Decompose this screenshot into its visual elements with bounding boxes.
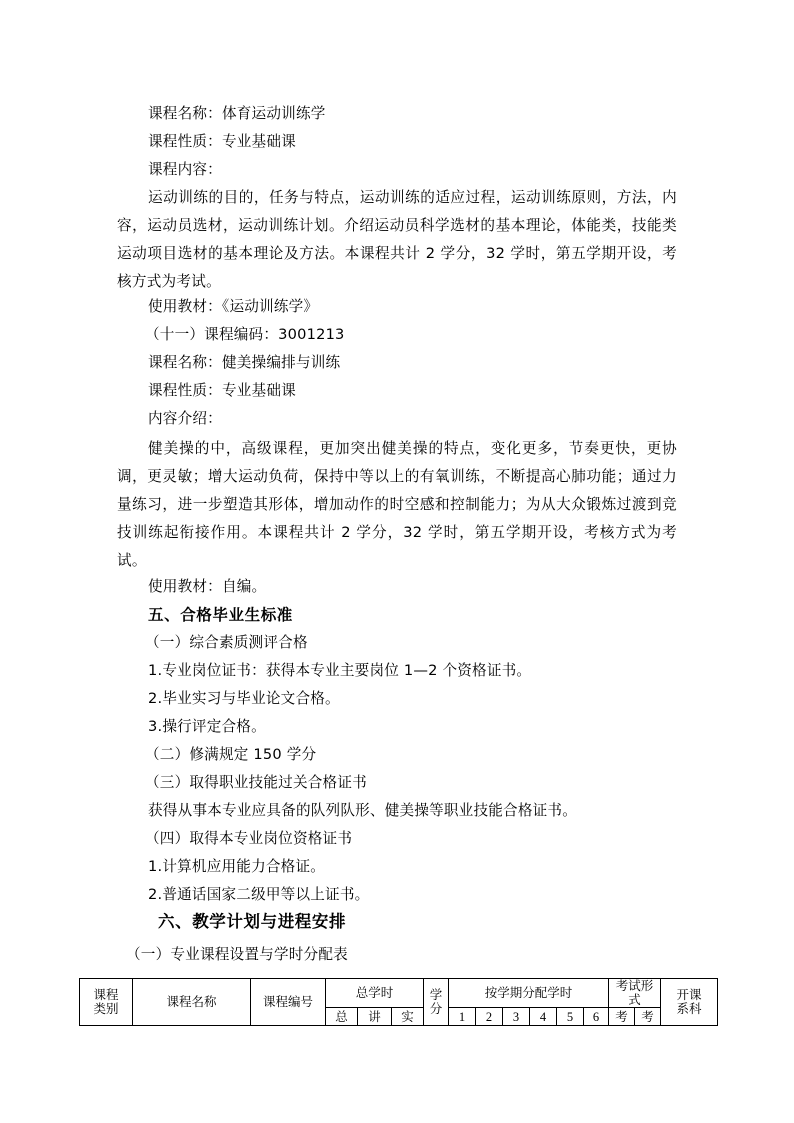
header-text: 类别 xyxy=(80,1002,132,1016)
course-content-label: 内容介绍： xyxy=(148,409,222,429)
header-department: 开课 系科 xyxy=(661,979,718,1026)
header-semester-5: 5 xyxy=(557,1008,584,1026)
course-content-paragraph: 运动训练的目的，任务与特点，运动训练的适应过程，运动训练原则，方法，内容，运动员… xyxy=(117,184,677,296)
table-header-row: 课程 类别 课程名称 课程编号 总学时 学 分 按学期分配学时 考试形 式 开课… xyxy=(80,979,718,1008)
header-total: 总 xyxy=(326,1008,358,1026)
header-total-hours: 总学时 xyxy=(326,979,424,1008)
list-item: 3.操行评定合格。 xyxy=(148,717,266,737)
header-exam: 考 xyxy=(609,1008,635,1026)
subsection-heading: （三）取得职业技能过关合格证书 xyxy=(145,773,367,793)
header-semester-4: 4 xyxy=(530,1008,557,1026)
header-practice: 实 xyxy=(392,1008,424,1026)
header-semester-6: 6 xyxy=(584,1008,609,1026)
course-plan-table: 课程 类别 课程名称 课程编号 总学时 学 分 按学期分配学时 考试形 式 开课… xyxy=(79,978,718,1026)
header-text: 式 xyxy=(609,993,660,1007)
list-item: 1.专业岗位证书：获得本专业主要岗位 1—2 个资格证书。 xyxy=(148,661,531,681)
list-item: 1.计算机应用能力合格证。 xyxy=(148,857,325,877)
header-text: 开课 xyxy=(661,988,717,1002)
header-semester-2: 2 xyxy=(476,1008,503,1026)
textbook-line: 使用教材：《运动训练学》 xyxy=(148,297,318,317)
subsection-heading: （二）修满规定 150 学分 xyxy=(145,745,316,765)
document-page: 课程名称：体育运动训练学 课程性质：专业基础课 课程内容： 运动训练的目的，任务… xyxy=(0,0,794,1123)
header-semester-1: 1 xyxy=(449,1008,476,1026)
subsection-heading: （四）取得本专业岗位资格证书 xyxy=(145,829,352,849)
header-exam-check: 考 xyxy=(635,1008,661,1026)
course-name-line: 课程名称：体育运动训练学 xyxy=(148,104,326,124)
header-course-code: 课程编号 xyxy=(251,979,326,1026)
table-caption: （一）专业课程设置与学时分配表 xyxy=(126,945,348,965)
header-semester-3: 3 xyxy=(503,1008,530,1026)
section-heading: 五、合格毕业生标准 xyxy=(148,605,293,625)
header-credits: 学 分 xyxy=(424,979,449,1026)
header-lecture: 讲 xyxy=(358,1008,392,1026)
header-text: 系科 xyxy=(661,1002,717,1016)
list-item: 2.普通话国家二级甲等以上证书。 xyxy=(148,885,369,905)
course-name-line: 课程名称：健美操编排与训练 xyxy=(148,353,340,373)
header-course-name: 课程名称 xyxy=(133,979,251,1026)
list-item: 获得从事本专业应具备的队列队形、健美操等职业技能合格证书。 xyxy=(148,801,577,821)
header-category: 课程 类别 xyxy=(80,979,133,1026)
header-by-semester: 按学期分配学时 xyxy=(449,979,609,1008)
subsection-heading: （一）综合素质测评合格 xyxy=(145,633,308,653)
course-code-line: （十一）课程编码：3001213 xyxy=(145,325,345,345)
textbook-line: 使用教材：自编。 xyxy=(148,577,266,597)
course-nature-line: 课程性质：专业基础课 xyxy=(148,381,296,401)
header-exam-form: 考试形 式 xyxy=(609,979,661,1008)
course-content-paragraph: 健美操的中，高级课程，更加突出健美操的特点，变化更多，节奏更快，更协调，更灵敏；… xyxy=(117,435,677,575)
header-text: 学 xyxy=(424,988,448,1002)
list-item: 2.毕业实习与毕业论文合格。 xyxy=(148,689,340,709)
header-text: 分 xyxy=(424,1002,448,1016)
course-content-label: 课程内容： xyxy=(148,160,222,180)
course-nature-line: 课程性质：专业基础课 xyxy=(148,132,296,152)
header-text: 课程 xyxy=(80,988,132,1002)
header-text: 考试形 xyxy=(609,979,660,993)
section-heading: 六、教学计划与进程安排 xyxy=(158,912,346,932)
